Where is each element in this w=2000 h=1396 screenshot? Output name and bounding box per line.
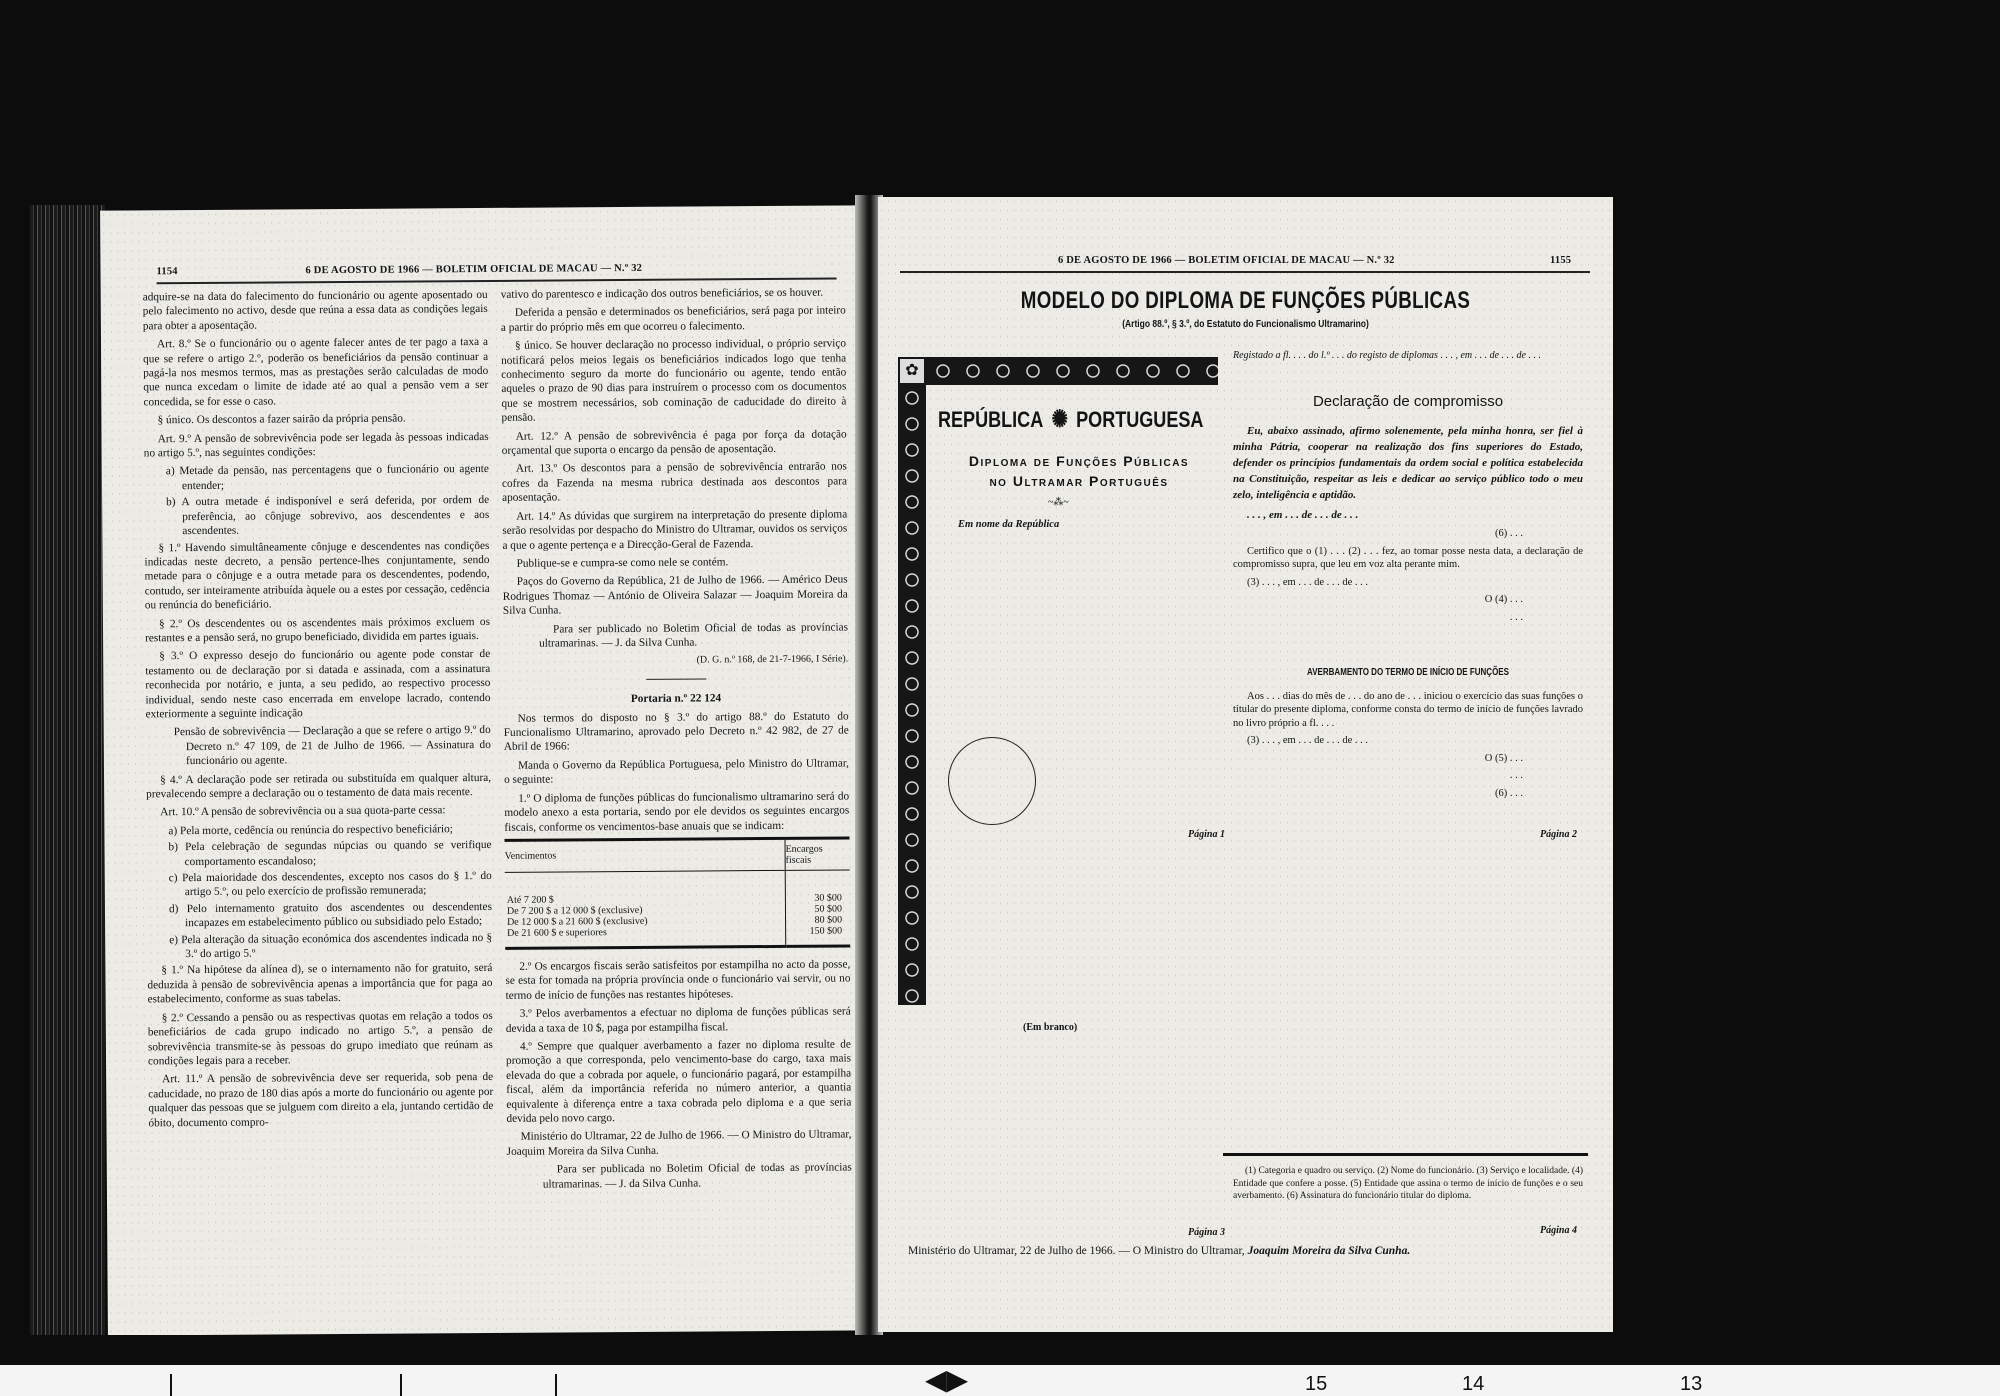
paragraph: adquire-se na data do falecimento do fun…	[143, 288, 488, 334]
paragraph: Art. 13.º Os descontos para a pensão de …	[502, 460, 847, 506]
page-label-4: Página 4	[1540, 1225, 1577, 1236]
paragraph: 1.º O diploma de funções públicas do fun…	[504, 789, 849, 835]
model-subtitle: (Artigo 88.º, § 3.º, do Estatuto do Func…	[933, 319, 1558, 330]
signature-4: O (4) . . .	[1233, 593, 1583, 607]
decree-continuation: vativo do parentesco e indicação dos out…	[501, 285, 849, 669]
paragraph: § 2.º Os descendentes ou os ascendentes …	[145, 614, 490, 645]
vencimento-cell: Até 7 200 $	[505, 870, 786, 905]
running-head-right: 6 DE AGOSTO DE 1966 — BOLETIM OFICIAL DE…	[1058, 255, 1395, 266]
closing-line: Ministério do Ultramar, 22 de Julho de 1…	[908, 1245, 1410, 1257]
scanner-shadow	[0, 1335, 2000, 1365]
signature-dots-2: . . .	[1233, 769, 1583, 783]
film-mark-13: 13	[1680, 1373, 1702, 1396]
paragraph: 2.º Os encargos fiscais serão satisfeito…	[505, 957, 850, 1003]
paragraph: Art. 14.º As dúvidas que surgirem na int…	[502, 507, 847, 553]
paragraph: c) Pela maioridade dos descendentes, exc…	[147, 869, 492, 900]
paragraph: vativo do parentesco e indicação dos out…	[501, 285, 846, 302]
paragraph: a) Metade da pensão, nas percentagens qu…	[144, 462, 489, 493]
running-head-left: 6 DE AGOSTO DE 1966 — BOLETIM OFICIAL DE…	[305, 263, 642, 276]
encargo-cell: 30 $00	[785, 870, 850, 904]
paragraph: a) Pela morte, cedência ou renúncia do r…	[146, 822, 491, 839]
declaracao-block: Eu, abaixo assinado, afirmo solenemente,…	[1233, 423, 1583, 804]
certifico-text: Certifico que o (1) . . . (2) . . . fez,…	[1233, 545, 1583, 572]
republica-word: REPÚBLICA	[938, 407, 1043, 432]
paragraph: Art. 12.º A pensão de sobrevivência é pa…	[502, 427, 847, 458]
paragraph: § 2.º Cessando a pensão ou as respectiva…	[148, 1009, 493, 1069]
paragraph: d) Pelo internamento gratuito dos ascend…	[147, 900, 492, 931]
vencimento-cell: De 21 600 $ e superiores	[505, 926, 786, 948]
table-row: De 21 600 $ e superiores150 $00	[505, 925, 850, 948]
encargo-cell: 50 $00	[785, 903, 850, 914]
signature-6: (6) . . .	[1233, 527, 1583, 541]
paragraph: Ministério do Ultramar, 22 de Julho de 1…	[507, 1128, 852, 1159]
right-page: 6 DE AGOSTO DE 1966 — BOLETIM OFICIAL DE…	[878, 197, 1613, 1332]
signature-dots: . . .	[1233, 611, 1583, 625]
paragraph: Art. 8.º Se o funcionário ou o agente fa…	[143, 335, 488, 409]
fiscal-charges-table: Vencimentos Encargos fiscais Até 7 200 $…	[504, 836, 850, 949]
signature-5: O (5) . . .	[1233, 752, 1583, 766]
film-tick	[170, 1374, 172, 1396]
date-line: . . . , em . . . de . . . de . . .	[1233, 507, 1583, 523]
header-rule	[157, 278, 837, 284]
paragraph: § único. Os descontos a fazer sairão da …	[144, 411, 489, 428]
paragraph: 3.º Pelos averbamentos a efectuar no dip…	[506, 1005, 851, 1036]
film-mark-15: 15	[1305, 1373, 1327, 1396]
book-page-edges	[30, 205, 105, 1340]
paragraph: e) Pela alteração da situação económica …	[147, 931, 492, 962]
page-label-3: Página 3	[1188, 1227, 1225, 1238]
film-strip: ◀▶ 15 14 13	[0, 1365, 2000, 1396]
declaracao-title: Declaração de compromisso	[1233, 393, 1583, 410]
signature-6b: (6) . . .	[1233, 787, 1583, 801]
closing-prefix: Ministério do Ultramar, 22 de Julho de 1…	[908, 1245, 1245, 1257]
paragraph: Para ser publicado no Boletim Oficial de…	[503, 620, 848, 651]
film-tick	[400, 1374, 402, 1396]
paragraph: Nos termos do disposto no § 3.º do artig…	[504, 709, 849, 755]
paragraph: Pensão de sobrevivência — Declaração a q…	[146, 723, 491, 769]
header-rule	[900, 271, 1590, 273]
paragraph: § 4.º A declaração pode ser retirada ou …	[146, 771, 491, 802]
film-mark-14: 14	[1462, 1373, 1484, 1396]
page-number-left: 1154	[156, 266, 177, 277]
section-divider	[646, 678, 706, 680]
film-center-arrow-icon: ◀▶	[925, 1363, 968, 1396]
left-column-1: adquire-se na data do falecimento do fun…	[143, 288, 494, 1134]
left-column-2: vativo do parentesco e indicação dos out…	[501, 285, 852, 1195]
footnotes: (1) Categoria e quadro ou serviço. (2) N…	[1233, 1165, 1583, 1203]
date-line-3: (3) . . . , em . . . de . . . de . . .	[1233, 576, 1583, 590]
declaracao-text: Eu, abaixo assinado, afirmo solenemente,…	[1233, 423, 1583, 503]
averbamento-title: AVERBAMENTO DO TERMO DE INÍCIO DE FUNÇÕE…	[1268, 666, 1548, 680]
diploma-line-1: Diploma de Funções Públicas	[934, 453, 1224, 469]
paragraph: § único. Se houver declaração no process…	[501, 337, 847, 426]
paragraph: § 3.º O expresso desejo do funcionário o…	[145, 647, 490, 721]
paragraph: Paços do Governo da República, 21 de Jul…	[503, 573, 848, 619]
paragraph: 4.º Sempre que qualquer averbamento a fa…	[506, 1037, 852, 1126]
coat-of-arms-icon: ✺	[1051, 405, 1067, 434]
paragraph: § 1.º Havendo simultâneamente cônjuge e …	[144, 538, 489, 612]
film-tick	[555, 1374, 557, 1396]
portaria-title: Portaria n.º 22 124	[631, 693, 721, 706]
ornamental-border-left	[898, 385, 926, 1005]
encargo-cell: 80 $00	[786, 914, 851, 925]
ornamental-border-top	[898, 357, 1218, 385]
registo-line: Registado a fl. . . . do l.º . . . do re…	[1233, 349, 1583, 362]
closing-name: Joaquim Moreira da Silva Cunha.	[1248, 1245, 1411, 1257]
em-nome-da-republica: Em nome da República	[958, 519, 1059, 530]
portaria-body: Nos termos do disposto no § 3.º do artig…	[504, 709, 850, 835]
paragraph: Deferida a pensão e determinados os bene…	[501, 304, 846, 335]
paragraph: § 1.º Na hipótese da alínea d), se o int…	[147, 961, 492, 1007]
paragraph: Art. 10.º A pensão de sobrevivência ou a…	[146, 803, 491, 820]
blank-page-note: (Em branco)	[1023, 1022, 1077, 1033]
paragraph: Publique-se e cumpra-se como nele se con…	[503, 554, 848, 571]
paragraph: b) Pela celebração de segundas núpcias o…	[146, 838, 491, 869]
paragraph: Manda o Governo da República Portuguesa,…	[504, 756, 849, 787]
seal-circle	[948, 737, 1036, 825]
encargo-cell: 150 $00	[786, 925, 851, 946]
averbamento-date: (3) . . . , em . . . de . . . de . . .	[1233, 734, 1583, 748]
table-header-vencimentos: Vencimentos	[504, 838, 785, 872]
left-page: 1154 6 DE AGOSTO DE 1966 — BOLETIM OFICI…	[100, 205, 868, 1335]
paragraph: (D. G. n.º 168, de 21-7-1966, I Série).	[503, 653, 848, 670]
paragraph: Para ser publicada no Boletim Oficial de…	[507, 1161, 852, 1192]
paragraph: b) A outra metade é indisponível e será …	[144, 493, 489, 539]
portaria-continuation: 2.º Os encargos fiscais serão satisfeito…	[505, 957, 852, 1191]
ornament-icon: ~⁂~	[1048, 497, 1069, 508]
page-label-1: Página 1	[1188, 829, 1225, 840]
averbamento-text: Aos . . . dias do mês de . . . do ano de…	[1233, 690, 1583, 731]
table-row: Até 7 200 $30 $00	[505, 870, 850, 906]
paragraph: Art. 11.º A pensão de sobrevivência deve…	[148, 1070, 493, 1130]
republica-heading: REPÚBLICA✺PORTUGUESA	[938, 405, 1176, 434]
paragraph: Art. 9.º A pensão de sobrevivência pode …	[144, 430, 489, 461]
diploma-line-2: no Ultramar Português	[934, 473, 1224, 489]
table-header-encargos: Encargos fiscais	[785, 838, 850, 870]
rosette-icon: ✿	[898, 357, 926, 385]
footnote-rule	[1223, 1153, 1588, 1156]
page-number-right: 1155	[1550, 255, 1571, 266]
portuguesa-word: PORTUGUESA	[1076, 407, 1203, 432]
page-label-2: Página 2	[1540, 829, 1577, 840]
model-title: MODELO DO DIPLOMA DE FUNÇÕES PÚBLICAS	[959, 287, 1532, 315]
